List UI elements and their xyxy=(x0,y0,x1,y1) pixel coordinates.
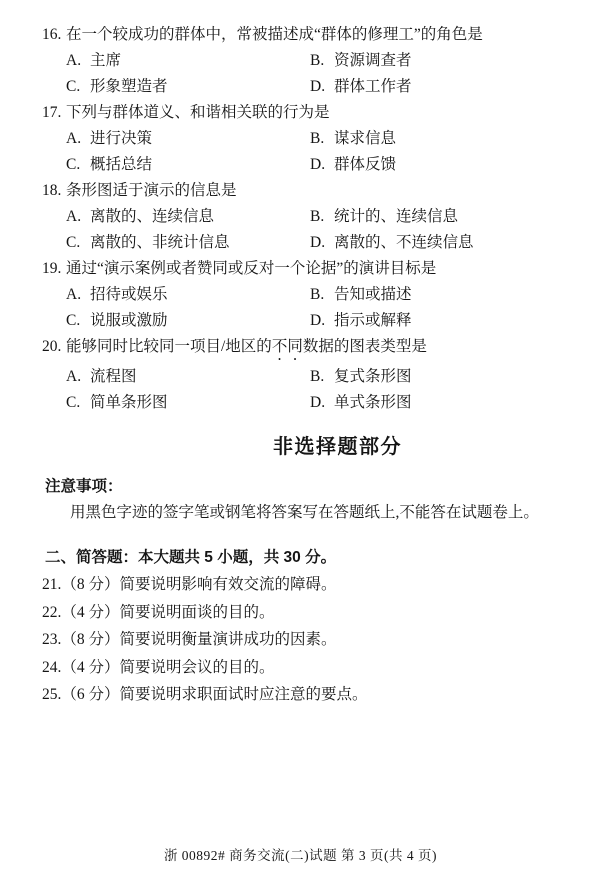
option-label: B. xyxy=(310,204,334,230)
question-stem: 通过“演示案例或者赞同或反对一个论据”的演讲目标是 xyxy=(66,256,571,282)
option-d: D. 群体反馈 xyxy=(310,152,571,178)
option-c: C. 形象塑造者 xyxy=(66,74,310,100)
option-label: D. xyxy=(310,230,334,256)
question-stem: 条形图适于演示的信息是 xyxy=(66,178,571,204)
option-label: C. xyxy=(66,390,90,416)
question-number: 19. xyxy=(42,256,66,282)
option-text: 复式条形图 xyxy=(334,364,412,390)
question-stem-row: 16. 在一个较成功的群体中，常被描述成“群体的修理工”的角色是 xyxy=(42,22,571,48)
question-number: 18. xyxy=(42,178,66,204)
short-answer-item-22: 22.（4 分）简要说明面谈的目的。 xyxy=(42,599,571,627)
option-text: 资源调查者 xyxy=(334,48,412,74)
notice-body: 用黑色字迹的签字笔或钢笔将答案写在答题纸上,不能答在试题卷上。 xyxy=(42,500,571,526)
question-18: 18. 条形图适于演示的信息是 A. 离散的、连续信息 B. 统计的、连续信息 … xyxy=(42,178,571,256)
option-c: C. 简单条形图 xyxy=(66,390,310,416)
option-label: D. xyxy=(310,390,334,416)
option-text: 离散的、不连续信息 xyxy=(334,230,474,256)
question-number: 20. xyxy=(42,334,66,364)
option-a: A. 流程图 xyxy=(66,364,310,390)
notice-block: 注意事项： 用黑色字迹的签字笔或钢笔将答案写在答题纸上,不能答在试题卷上。 xyxy=(42,474,571,526)
question-17: 17. 下列与群体道义、和谐相关联的行为是 A. 进行决策 B. 谋求信息 C.… xyxy=(42,100,571,178)
option-d: D. 指示或解释 xyxy=(310,308,571,334)
option-label: A. xyxy=(66,48,90,74)
option-text: 形象塑造者 xyxy=(90,74,168,100)
option-label: D. xyxy=(310,308,334,334)
option-text: 离散的、连续信息 xyxy=(90,204,214,230)
option-b: B. 复式条形图 xyxy=(310,364,571,390)
question-options: A. 离散的、连续信息 B. 统计的、连续信息 C. 离散的、非统计信息 D. … xyxy=(42,204,571,256)
question-stem-row: 20. 能够同时比较同一项目/地区的不同数据的图表类型是 xyxy=(42,334,571,364)
option-label: A. xyxy=(66,126,90,152)
short-answer-item-24: 24.（4 分）简要说明会议的目的。 xyxy=(42,654,571,682)
question-options: A. 主席 B. 资源调查者 C. 形象塑造者 D. 群体工作者 xyxy=(42,48,571,100)
option-a: A. 主席 xyxy=(66,48,310,74)
option-text: 群体反馈 xyxy=(334,152,396,178)
question-stem: 能够同时比较同一项目/地区的不同数据的图表类型是 xyxy=(66,334,571,364)
question-stem: 在一个较成功的群体中，常被描述成“群体的修理工”的角色是 xyxy=(66,22,571,48)
short-answer-part-header: 二、简答题：本大题共 5 小题，共 30 分。 xyxy=(45,544,571,571)
question-stem-row: 18. 条形图适于演示的信息是 xyxy=(42,178,571,204)
option-label: C. xyxy=(66,74,90,100)
question-options: A. 流程图 B. 复式条形图 C. 简单条形图 D. 单式条形图 xyxy=(42,364,571,416)
question-stem-text: 能够同时比较同一项目/地区的 xyxy=(66,338,272,355)
option-a: A. 离散的、连续信息 xyxy=(66,204,310,230)
option-b: B. 告知或描述 xyxy=(310,282,571,308)
option-text: 谋求信息 xyxy=(334,126,396,152)
option-label: A. xyxy=(66,364,90,390)
option-text: 概括总结 xyxy=(90,152,152,178)
question-stem: 下列与群体道义、和谐相关联的行为是 xyxy=(66,100,571,126)
section-heading: 非选择题部分 xyxy=(104,432,571,462)
option-text: 离散的、非统计信息 xyxy=(90,230,230,256)
question-stem-text: 数据的图表类型是 xyxy=(303,338,427,355)
option-text: 简单条形图 xyxy=(90,390,168,416)
option-c: C. 离散的、非统计信息 xyxy=(66,230,310,256)
option-text: 说服或激励 xyxy=(90,308,168,334)
option-text: 流程图 xyxy=(90,364,137,390)
question-options: A. 进行决策 B. 谋求信息 C. 概括总结 D. 群体反馈 xyxy=(42,126,571,178)
question-number: 16. xyxy=(42,22,66,48)
short-answer-items: 21.（8 分）简要说明影响有效交流的障碍。 22.（4 分）简要说明面谈的目的… xyxy=(42,571,571,709)
option-text: 主席 xyxy=(90,48,121,74)
question-19: 19. 通过“演示案例或者赞同或反对一个论据”的演讲目标是 A. 招待或娱乐 B… xyxy=(42,256,571,334)
option-b: B. 谋求信息 xyxy=(310,126,571,152)
option-label: D. xyxy=(310,152,334,178)
page-footer: 浙 00892# 商务交流(二)试题 第 3 页(共 4 页) xyxy=(0,848,601,864)
option-a: A. 进行决策 xyxy=(66,126,310,152)
option-a: A. 招待或娱乐 xyxy=(66,282,310,308)
option-text: 群体工作者 xyxy=(334,74,412,100)
option-text: 招待或娱乐 xyxy=(90,282,168,308)
option-b: B. 统计的、连续信息 xyxy=(310,204,571,230)
option-label: B. xyxy=(310,364,334,390)
notice-title: 注意事项： xyxy=(45,474,571,500)
question-stem-row: 19. 通过“演示案例或者赞同或反对一个论据”的演讲目标是 xyxy=(42,256,571,282)
option-label: B. xyxy=(310,48,334,74)
option-label: B. xyxy=(310,282,334,308)
option-b: B. 资源调查者 xyxy=(310,48,571,74)
question-16: 16. 在一个较成功的群体中，常被描述成“群体的修理工”的角色是 A. 主席 B… xyxy=(42,22,571,100)
option-d: D. 群体工作者 xyxy=(310,74,571,100)
option-text: 单式条形图 xyxy=(334,390,412,416)
option-label: C. xyxy=(66,308,90,334)
short-answer-item-25: 25.（6 分）简要说明求职面试时应注意的要点。 xyxy=(42,681,571,709)
option-label: A. xyxy=(66,204,90,230)
option-label: A. xyxy=(66,282,90,308)
option-label: B. xyxy=(310,126,334,152)
question-number: 17. xyxy=(42,100,66,126)
option-c: C. 概括总结 xyxy=(66,152,310,178)
question-stem-row: 17. 下列与群体道义、和谐相关联的行为是 xyxy=(42,100,571,126)
option-c: C. 说服或激励 xyxy=(66,308,310,334)
option-label: D. xyxy=(310,74,334,100)
option-text: 进行决策 xyxy=(90,126,152,152)
exam-page: 16. 在一个较成功的群体中，常被描述成“群体的修理工”的角色是 A. 主席 B… xyxy=(0,0,601,886)
multiple-choice-section: 16. 在一个较成功的群体中，常被描述成“群体的修理工”的角色是 A. 主席 B… xyxy=(42,22,571,416)
option-text: 指示或解释 xyxy=(334,308,412,334)
question-20: 20. 能够同时比较同一项目/地区的不同数据的图表类型是 A. 流程图 B. 复… xyxy=(42,334,571,416)
question-options: A. 招待或娱乐 B. 告知或描述 C. 说服或激励 D. 指示或解释 xyxy=(42,282,571,334)
option-label: C. xyxy=(66,152,90,178)
short-answer-item-23: 23.（8 分）简要说明衡量演讲成功的因素。 xyxy=(42,626,571,654)
option-label: C. xyxy=(66,230,90,256)
question-stem-emphasized: 不同 xyxy=(272,338,303,355)
short-answer-item-21: 21.（8 分）简要说明影响有效交流的障碍。 xyxy=(42,571,571,599)
option-text: 告知或描述 xyxy=(334,282,412,308)
option-d: D. 单式条形图 xyxy=(310,390,571,416)
option-text: 统计的、连续信息 xyxy=(334,204,458,230)
option-d: D. 离散的、不连续信息 xyxy=(310,230,571,256)
